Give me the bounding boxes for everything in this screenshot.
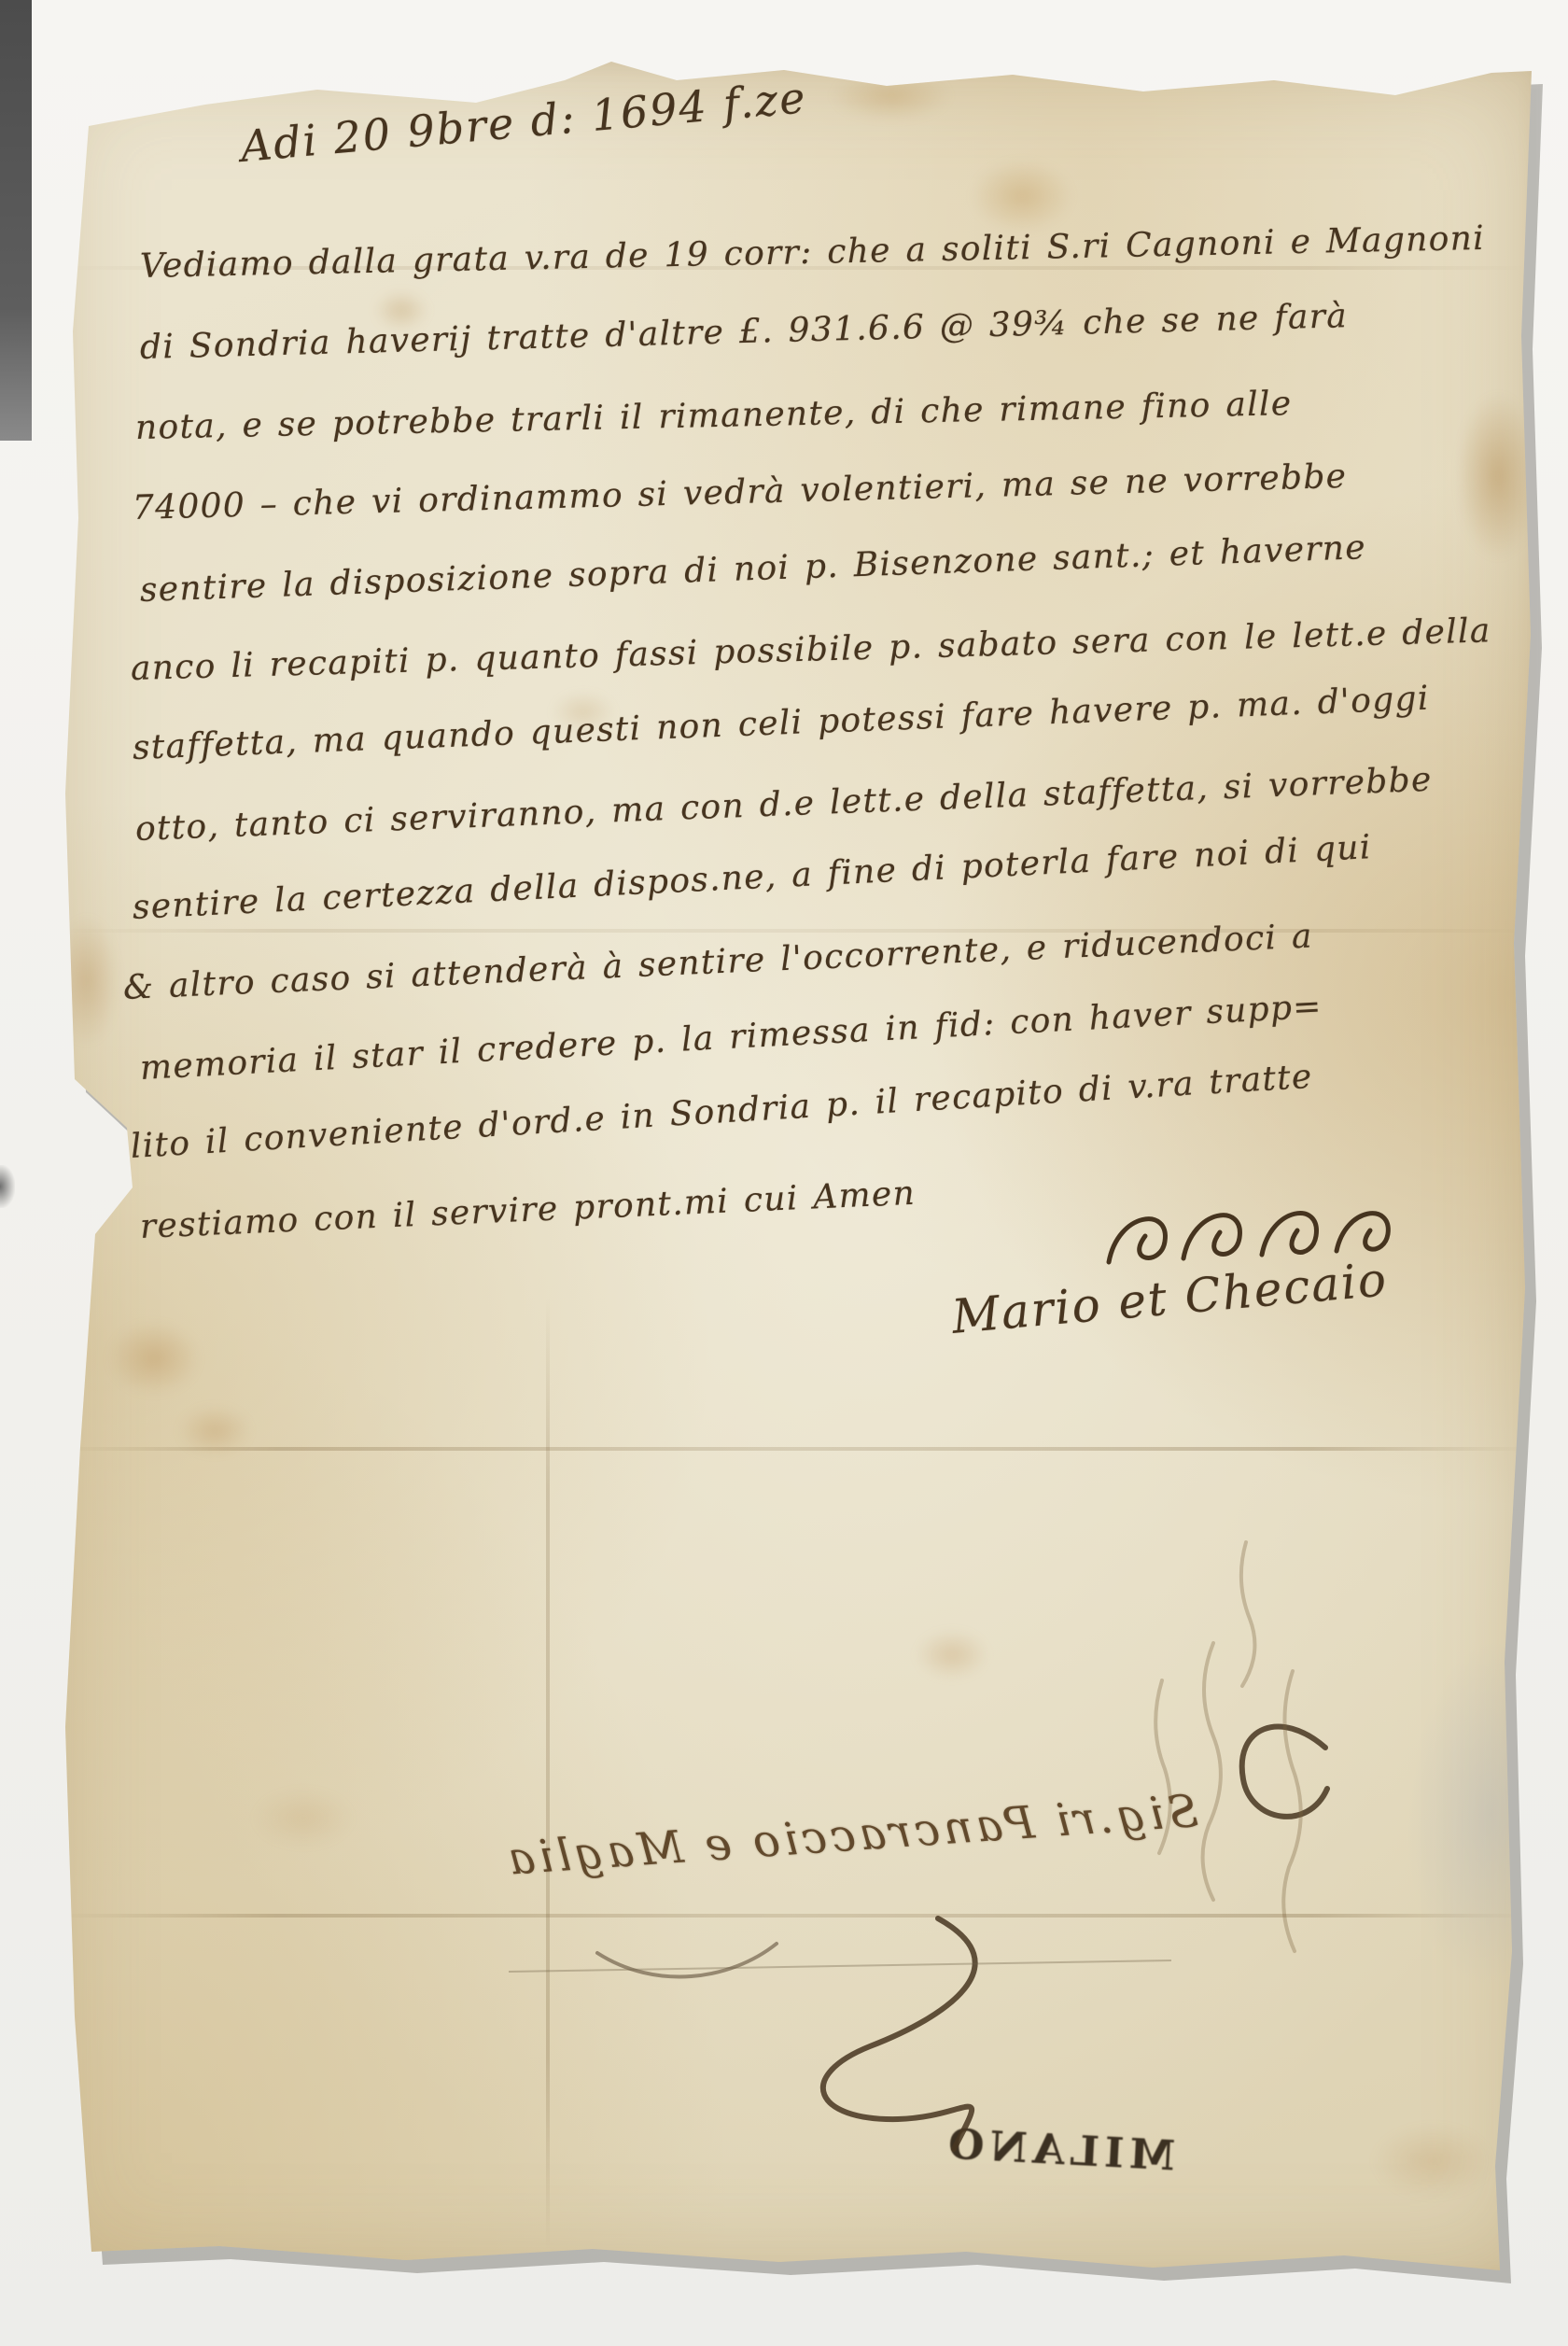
docket-scribbles bbox=[1155, 1542, 1301, 1951]
amen-flourish bbox=[1109, 1214, 1388, 1262]
scanned-letter-photo: Adi 20 9bre d: 1694 f.ze Vediamo dalla g… bbox=[0, 0, 1568, 2346]
ink-flourish-overlay bbox=[0, 0, 1568, 2346]
pencil-line bbox=[509, 1960, 1171, 1972]
